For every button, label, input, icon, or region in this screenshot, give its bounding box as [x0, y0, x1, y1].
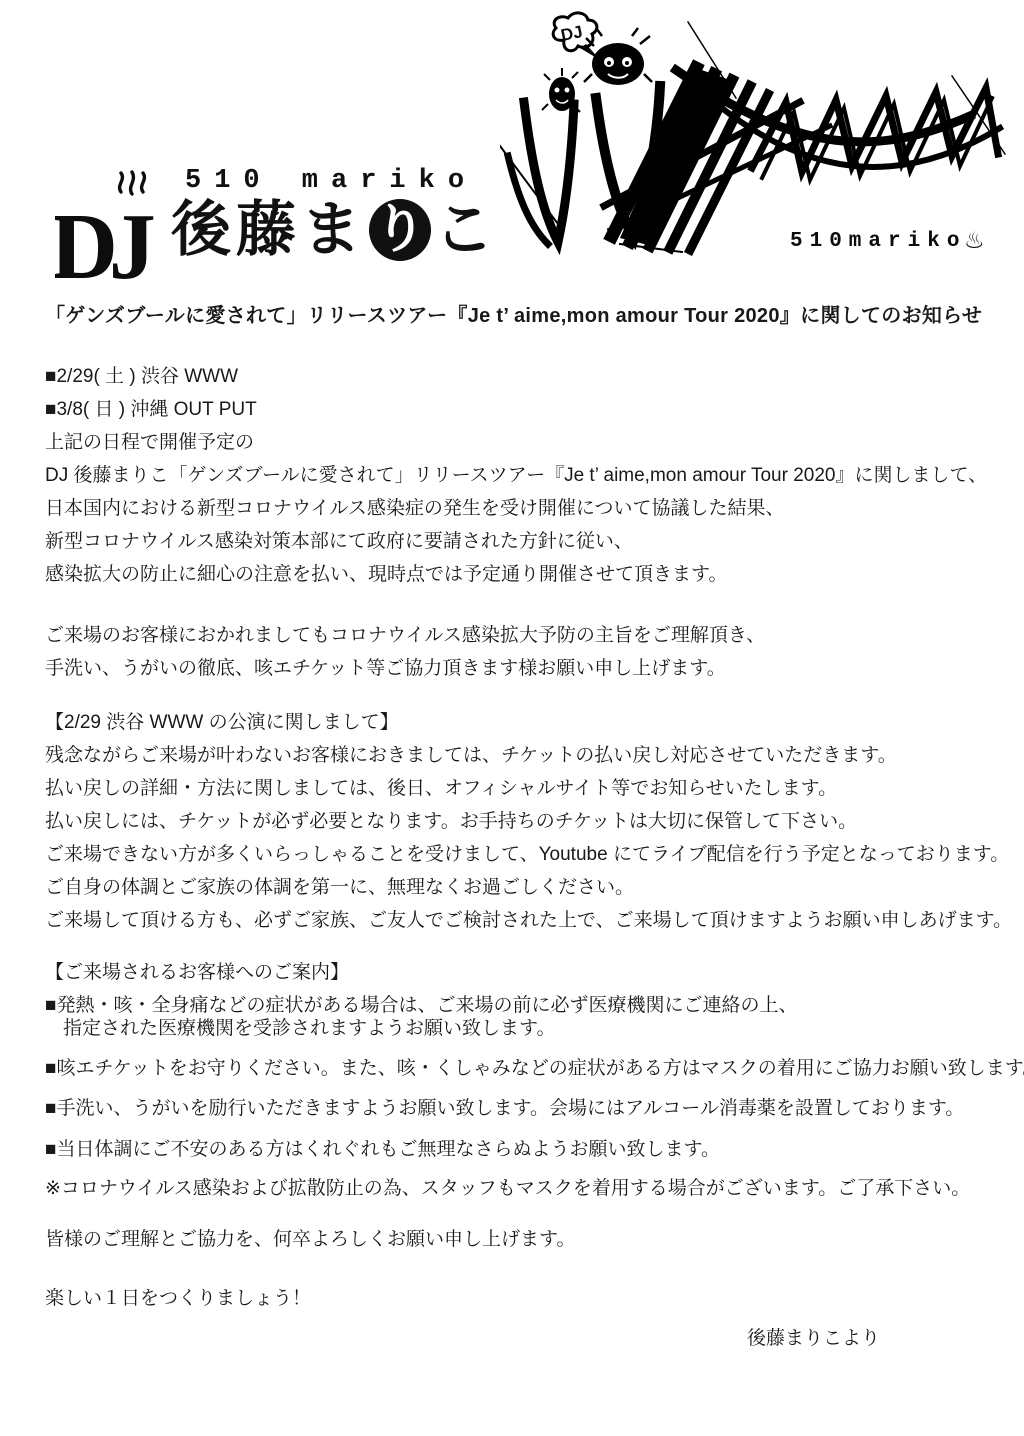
section-line: 残念ながらご来場が叶わないお客様におきましては、チケットの払い戻し対応させていた…: [45, 739, 1008, 772]
logo-jp-char: こ: [434, 198, 494, 262]
hot-spring-icon: ♨: [964, 227, 985, 253]
section-line: 払い戻しには、チケットが必ず必要となります。お手持ちのチケットは大切に保管して下…: [45, 805, 1008, 838]
section-shibuya-www: 【2/29 渋谷 WWW の公演に関しまして】 残念ながらご来場が叶わないお客様…: [45, 706, 1008, 937]
logo-jp-char-circled: り: [369, 199, 431, 261]
section-guidance-heading: 【ご来場されるお客様へのご案内】: [45, 956, 1008, 989]
bullet-line: ■発熱・咳・全身痛などの症状がある場合は、ご来場の前に必ず医療機関にご連絡の上、: [45, 994, 1008, 1017]
section-line: ご来場して頂ける方も、必ずご家族、ご友人でご検討された上で、ご来場して頂けますよ…: [45, 904, 1008, 937]
logo-jp-char: ま: [301, 198, 361, 262]
guidance-note: ※コロナウイルス感染および拡散防止の為、スタッフもマスクを着用する場合がございま…: [45, 1177, 1008, 1200]
guidance-bullet-2: ■咳エチケットをお守りください。また、咳・くしゃみなどの症状がある方はマスクの着…: [45, 1057, 1008, 1080]
closing-paragraph: 楽しい１日をつくりましょう！: [45, 1287, 1008, 1310]
bullet-line: ■手洗い、うがいを励行いただきますようお願い致します。会場にはアルコール消毒薬を…: [45, 1097, 1008, 1120]
section-heading: 【2/29 渋谷 WWW の公演に関しまして】: [45, 706, 1008, 739]
guidance-bullet-3: ■手洗い、うがいを励行いただきますようお願い致します。会場にはアルコール消毒薬を…: [45, 1097, 1008, 1120]
schedule-line: ■3/8( 日 ) 沖縄 OUT PUT: [45, 393, 1008, 426]
logo-jp-char: 藤: [236, 198, 296, 262]
schedule-line: ■2/29( 土 ) 渋谷 WWW: [45, 360, 1008, 393]
intro-line: DJ 後藤まりこ「ゲンズブールに愛されて」リリースツアー『Je t’ aime,…: [45, 459, 1008, 492]
signature-block: 後藤まりこより: [45, 1327, 1008, 1350]
steam-icon: [120, 172, 145, 194]
bullet-line: ■当日体調にご不安のある方はくれぐれもご無理なさらぬようお願い致します。: [45, 1138, 1008, 1161]
section-heading: 【ご来場されるお客様へのご案内】: [45, 956, 1008, 989]
intro-line: 上記の日程で開催予定の: [45, 426, 1008, 459]
schedule-and-intro: ■2/29( 土 ) 渋谷 WWW ■3/8( 日 ) 沖縄 OUT PUT 上…: [45, 360, 1008, 591]
page-title: 「ゲンズブールに愛されて」リリースツアー『Je t’ aime,mon amou…: [45, 299, 1004, 328]
bullet-line-wrap: 指定された医療機関を受診されますようお願い致します。: [45, 1017, 1008, 1040]
scribble-drawing: DJ 510mariko ♨: [500, 6, 1016, 260]
logo-510mariko-label: 510 mariko: [185, 166, 499, 196]
closing-line: 楽しい１日をつくりましょう！: [45, 1287, 1008, 1310]
intro-line: 日本国内における新型コロナウイルス感染症の発生を受け開催について協議した結果、: [45, 492, 1008, 525]
announcement-page: DJ 510mariko ♨ DJ: [0, 0, 1024, 1436]
note-line: ※コロナウイルス感染および拡散防止の為、スタッフもマスクを着用する場合がございま…: [45, 1177, 1008, 1200]
logo-goto-mariko: 後 藤 ま り こ: [171, 198, 499, 262]
logo-text-block: 510 mariko 後 藤 ま り こ: [171, 166, 499, 262]
request-line: ご来場のお客様におかれましてもコロナウイルス感染拡大予防の主旨をご理解頂き、: [45, 619, 1008, 652]
bullet-line: ■咳エチケットをお守りください。また、咳・くしゃみなどの症状がある方はマスクの着…: [45, 1057, 1008, 1080]
intro-line: 感染拡大の防止に細心の注意を払い、現時点では予定通り開催させて頂きます。: [45, 558, 1008, 591]
thanks-line: 皆様のご理解とご協力を、何卒よろしくお願い申し上げます。: [45, 1228, 1008, 1251]
guidance-bullet-1: ■発熱・咳・全身痛などの症状がある場合は、ご来場の前に必ず医療機関にご連絡の上、…: [45, 994, 1008, 1040]
dj-logo-mark: DJ: [55, 166, 167, 288]
guidance-bullet-4: ■当日体調にご不安のある方はくれぐれもご無理なさらぬようお願い致します。: [45, 1138, 1008, 1161]
dj-speech-bubble: DJ: [553, 13, 600, 60]
dj-logo-text: DJ: [55, 195, 154, 288]
logo-jp-char: 後: [171, 198, 231, 262]
section-line: ご来場できない方が多くいらっしゃることを受けまして、Youtube にてライブ配…: [45, 838, 1008, 871]
thanks-paragraph: 皆様のご理解とご協力を、何卒よろしくお願い申し上げます。: [45, 1228, 1008, 1251]
section-line: 払い戻しの詳細・方法に関しましては、後日、オフィシャルサイト等でお知らせいたしま…: [45, 772, 1008, 805]
request-line: 手洗い、うがいの徹底、咳エチケット等ご協力頂きます様お願い申し上げます。: [45, 652, 1008, 685]
signature: 後藤まりこより: [45, 1327, 880, 1350]
scribble-artwork: DJ 510mariko ♨: [500, 6, 1016, 260]
artwork-signature-text: 510mariko: [790, 230, 966, 253]
section-line: ご自身の体調とご家族の体調を第一に、無理なくお過ごしください。: [45, 871, 1008, 904]
dj-510mariko-logo: DJ 510 mariko 後 藤 ま り こ: [55, 166, 499, 288]
intro-line: 新型コロナウイルス感染対策本部にて政府に要請された方針に従い、: [45, 525, 1008, 558]
request-paragraph: ご来場のお客様におかれましてもコロナウイルス感染拡大予防の主旨をご理解頂き、 手…: [45, 619, 1008, 685]
